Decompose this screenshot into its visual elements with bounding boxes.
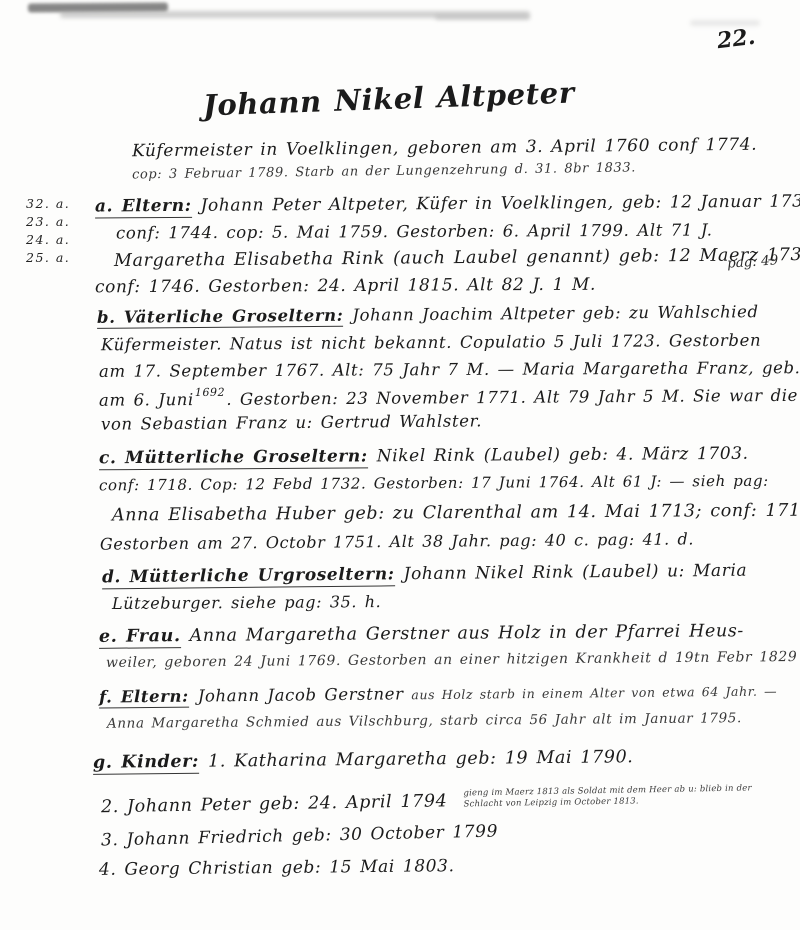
section-a-label: a. Eltern: bbox=[95, 196, 192, 219]
section-g-line3: 3. Johann Friedrich geb: 30 October 1799 bbox=[101, 822, 498, 850]
section-f-text1b: aus Holz starb in einem Alter von etwa 6… bbox=[411, 683, 777, 702]
section-c-line3: Anna Elisabetha Huber geb: zu Clarenthal… bbox=[112, 502, 800, 526]
section-f-text1a: Johann Jacob Gerstner bbox=[198, 684, 404, 705]
section-a-line3: Margaretha Elisabetha Rink (auch Laubel … bbox=[114, 246, 800, 271]
section-b-text1: Johann Joachim Altpeter geb: zu Wahlschi… bbox=[352, 302, 758, 325]
section-d-line2: Lützeburger. siehe pag: 35. h. bbox=[112, 593, 381, 612]
section-g-child2: 2. Johann Peter geb: 24. April 1794 bbox=[101, 791, 448, 817]
page-number: 22. bbox=[716, 24, 757, 54]
section-e-label: e. Frau. bbox=[99, 626, 181, 649]
document-page: 22. Johann Nikel Altpeter Küfermeister i… bbox=[0, 0, 800, 930]
section-a-line4: conf: 1746. Gestorben: 24. April 1815. A… bbox=[95, 276, 596, 297]
section-b-label: b. Väterliche Groseltern: bbox=[97, 306, 344, 329]
section-c-label: c. Mütterliche Groseltern: bbox=[99, 446, 368, 470]
section-b-line4: am 6. Juni1692. Gestorben: 23 November 1… bbox=[99, 386, 800, 410]
section-b-line5: von Sebastian Franz u: Gertrud Wahlster. bbox=[101, 412, 482, 433]
margin-note: 25. a. bbox=[26, 250, 70, 265]
section-e-text1: Anna Margaretha Gerstner aus Holz in der… bbox=[190, 621, 744, 646]
margin-note: 24. a. bbox=[26, 232, 70, 247]
section-f-label: f. Eltern: bbox=[99, 687, 189, 709]
section-a-text1: Johann Peter Altpeter, Küfer in Voelklin… bbox=[200, 191, 800, 215]
section-c-line4: Gestorben am 27. Octobr 1751. Alt 38 Jah… bbox=[100, 530, 694, 553]
section-f-line2: Anna Margaretha Schmied aus Vilschburg, … bbox=[107, 711, 742, 731]
section-a-line2: conf: 1744. cop: 5. Mai 1759. Gestorben:… bbox=[116, 221, 713, 242]
margin-note: 23. a. bbox=[26, 214, 70, 229]
section-f-line1: f. Eltern:Johann Jacob Gerstner aus Holz… bbox=[99, 681, 777, 706]
section-g-line2: 2. Johann Peter geb: 24. April 1794 gien… bbox=[101, 785, 764, 819]
section-c-line2: conf: 1718. Cop: 12 Febd 1732. Gestorben… bbox=[99, 473, 769, 494]
section-d-text1: Johann Nikel Rink (Laubel) u: Maria bbox=[404, 561, 748, 585]
page-title: Johann Nikel Altpeter bbox=[203, 78, 576, 123]
section-b-line3: am 17. September 1767. Alt: 75 Jahr 7 M.… bbox=[99, 359, 800, 381]
section-g-label: g. Kinder: bbox=[93, 752, 199, 775]
section-g-child2-annotation: gieng im Maerz 1813 als Soldat mit dem H… bbox=[463, 783, 763, 810]
section-g-line1: g. Kinder:1. Katharina Margaretha geb: 1… bbox=[93, 748, 634, 773]
scan-artifact-smudge bbox=[435, 15, 530, 20]
section-g-child1: 1. Katharina Margaretha geb: 19 Mai 1790… bbox=[208, 747, 634, 771]
section-a-line1: a. Eltern:Johann Peter Altpeter, Küfer i… bbox=[95, 192, 800, 216]
section-b-text4b: . Gestorben: 23 November 1771. Alt 79 Ja… bbox=[226, 385, 800, 409]
section-e-line2: weiler, geboren 24 Juni 1769. Gestorben … bbox=[106, 650, 797, 671]
section-d-line1: d. Mütterliche Urgroseltern:Johann Nikel… bbox=[102, 562, 747, 587]
intro-line-1: Küfermeister in Voelklingen, geboren am … bbox=[132, 136, 757, 161]
section-b-text4a: am 6. Juni bbox=[99, 390, 194, 410]
section-d-label: d. Mütterliche Urgroseltern: bbox=[102, 564, 395, 589]
intro-line-2: cop: 3 Februar 1789. Starb an der Lungen… bbox=[132, 161, 636, 182]
section-c-text1: Nikel Rink (Laubel) geb: 4. März 1703. bbox=[377, 444, 749, 467]
section-b-line2: Küfermeister. Natus ist nicht bekannt. C… bbox=[101, 332, 761, 355]
margin-note: 32. a. bbox=[26, 196, 70, 211]
section-b-line1: b. Väterliche Groseltern:Johann Joachim … bbox=[97, 303, 759, 327]
section-g-line4: 4. Georg Christian geb: 15 Mai 1803. bbox=[99, 857, 455, 879]
section-c-line1: c. Mütterliche Groseltern:Nikel Rink (La… bbox=[99, 445, 749, 468]
section-e-line1: e. Frau.Anna Margaretha Gerstner aus Hol… bbox=[99, 622, 744, 647]
section-b-superscript-year: 1692 bbox=[195, 386, 225, 399]
